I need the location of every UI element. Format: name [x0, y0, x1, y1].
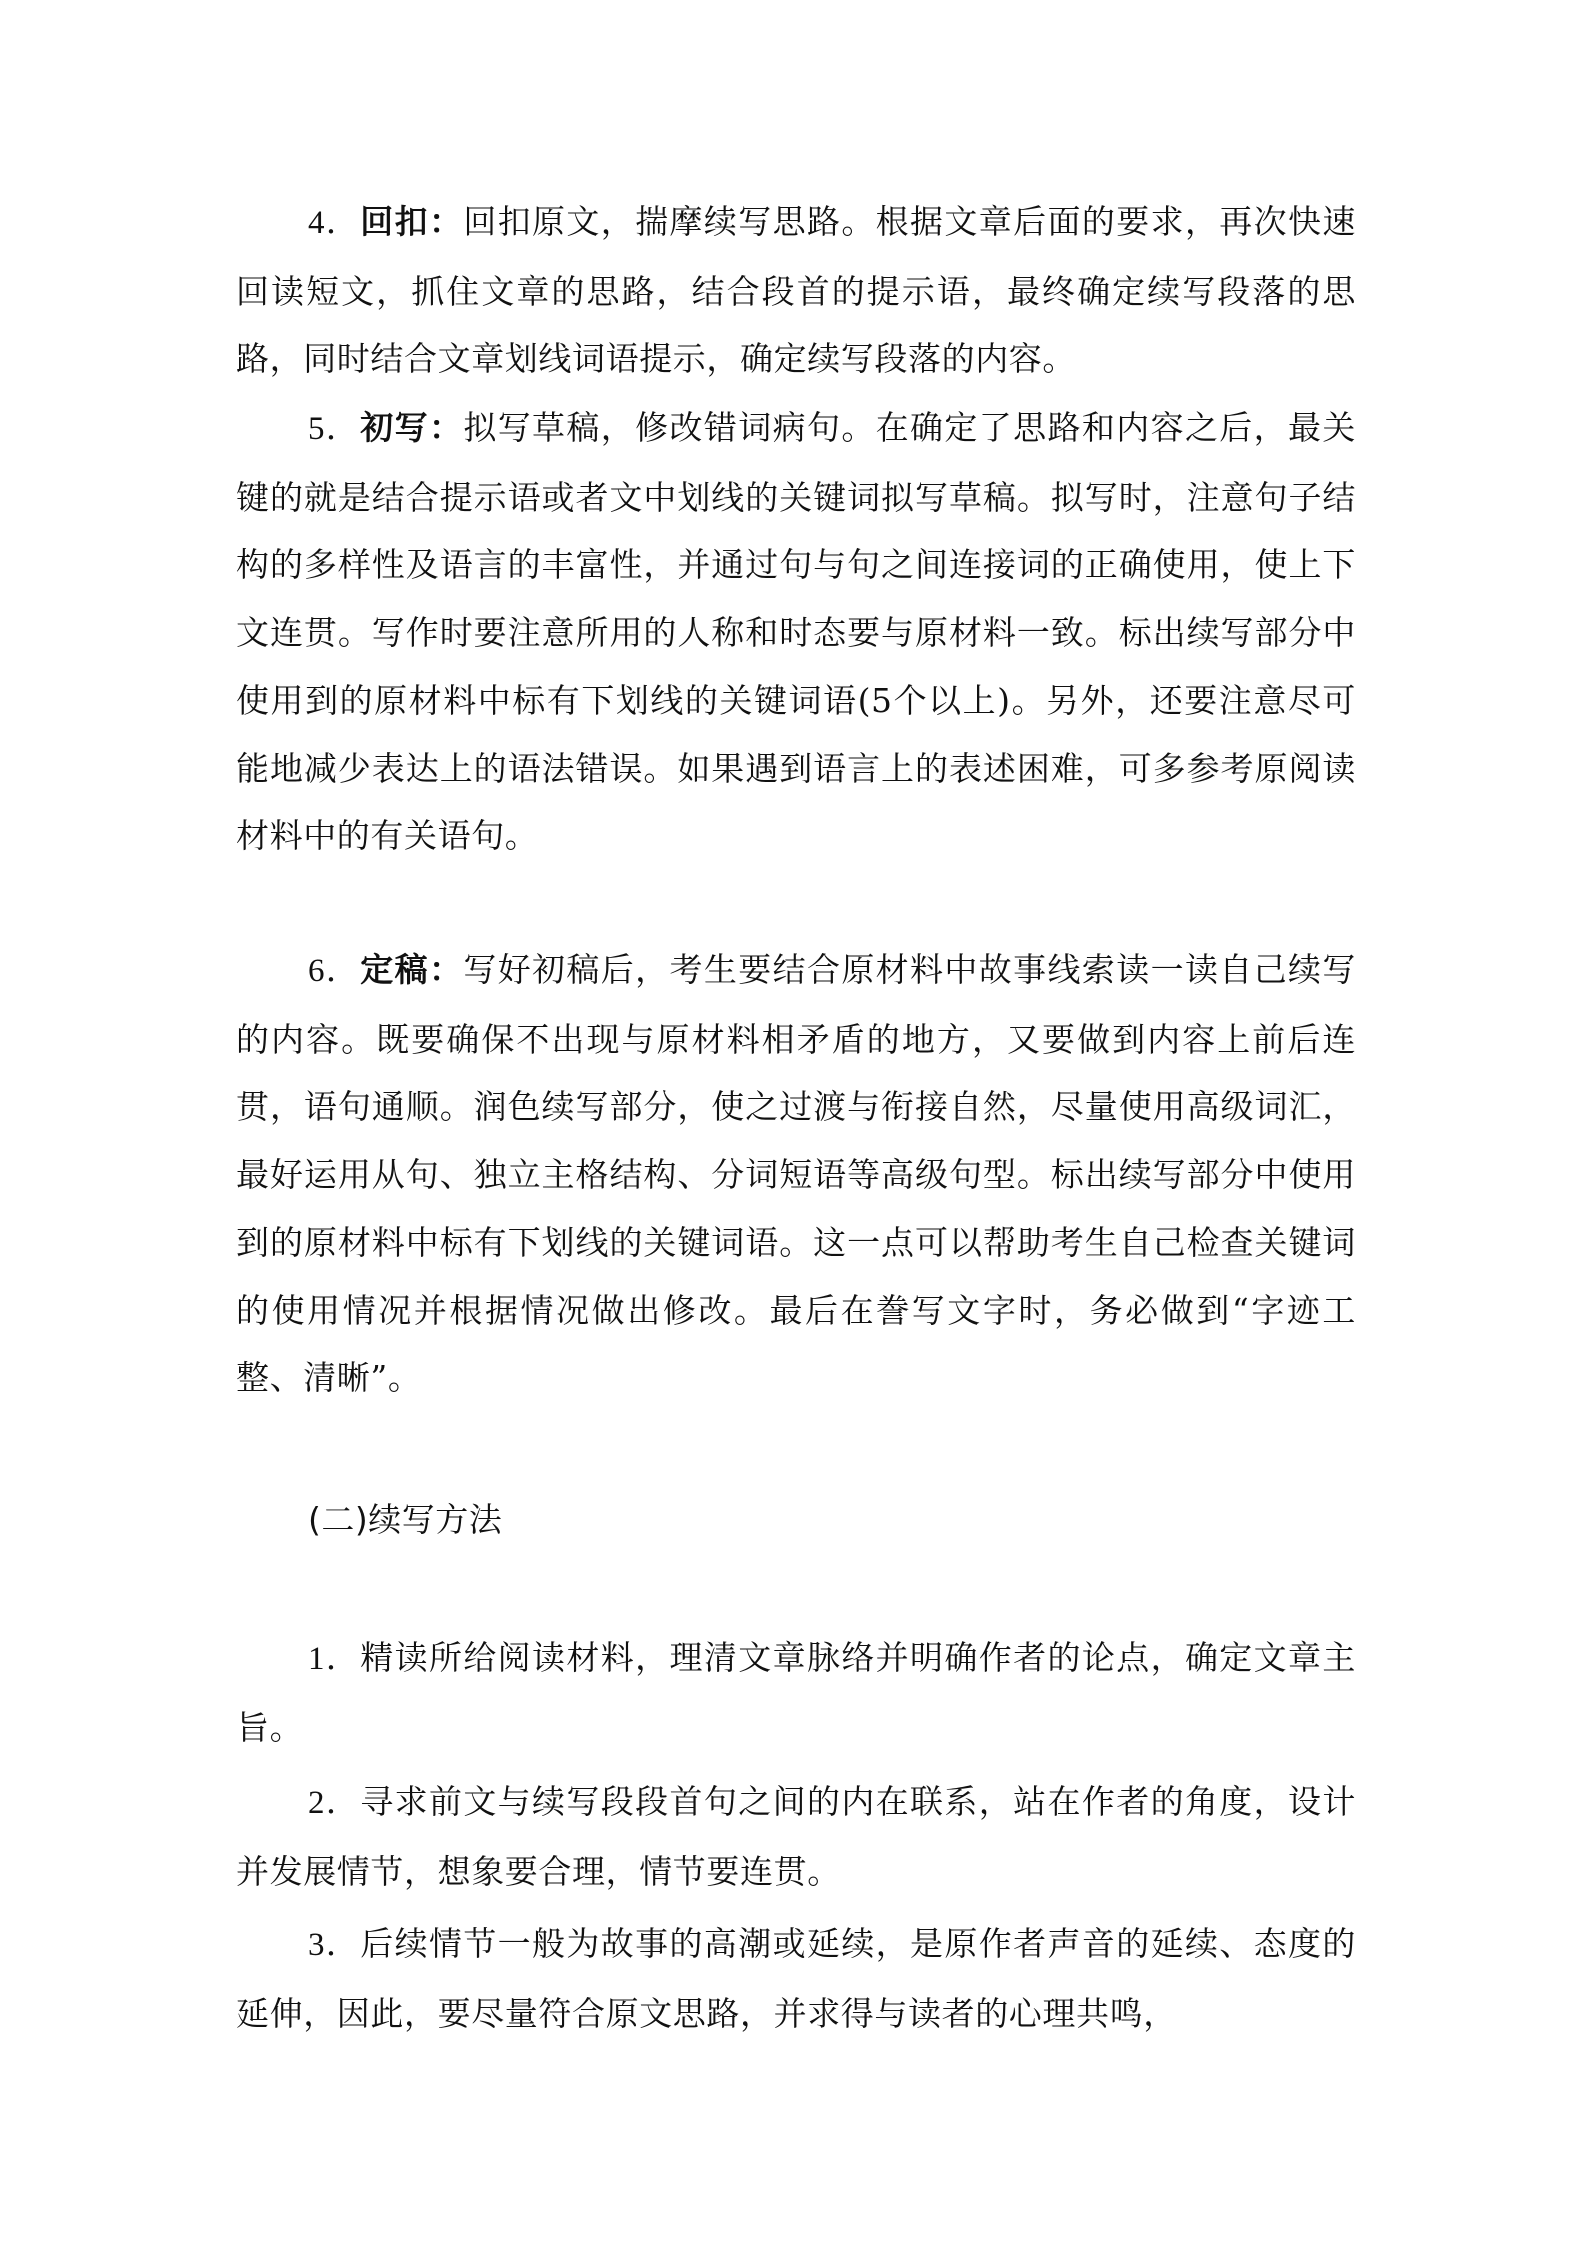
- step-text: 写好初稿后，考生要结合原材料中故事线索读一读自己续写的内容。既要确保不出现与原材…: [236, 950, 1356, 1397]
- section-heading: (二)续写方法: [308, 1498, 502, 1542]
- step-number: 4．: [308, 205, 360, 241]
- step-number: 5．: [308, 411, 360, 447]
- method-text: 精读所给阅读材料，理清文章脉络并明确作者的论点，确定文章主旨。: [236, 1638, 1356, 1747]
- method-text: 寻求前文与续写段段首句之间的内在联系，站在作者的角度，设计并发展情节，想象要合理…: [236, 1782, 1356, 1891]
- method-number: 2．: [308, 1785, 360, 1821]
- step-6-paragraph: 6．定稿：写好初稿后，考生要结合原材料中故事线索读一读自己续写的内容。既要确保不…: [236, 936, 1356, 1412]
- method-number: 1．: [308, 1641, 360, 1677]
- step-label: 定稿：: [360, 950, 463, 989]
- method-text: 后续情节一般为故事的高潮或延续，是原作者声音的延续、态度的延伸，因此，要尽量符合…: [236, 1924, 1356, 2033]
- method-1-paragraph: 1．精读所给阅读材料，理清文章脉络并明确作者的论点，确定文章主旨。: [236, 1624, 1356, 1761]
- step-label: 回扣：: [360, 202, 463, 241]
- method-3-paragraph: 3．后续情节一般为故事的高潮或延续，是原作者声音的延续、态度的延伸，因此，要尽量…: [236, 1910, 1356, 2047]
- step-number: 6．: [308, 953, 360, 989]
- step-4-paragraph: 4．回扣：回扣原文，揣摩续写思路。根据文章后面的要求，再次快速回读短文，抓住文章…: [236, 188, 1356, 393]
- method-2-paragraph: 2．寻求前文与续写段段首句之间的内在联系，站在作者的角度，设计并发展情节，想象要…: [236, 1768, 1356, 1905]
- method-number: 3．: [308, 1927, 360, 1963]
- step-text: 拟写草稿，修改错词病句。在确定了思路和内容之后，最关键的就是结合提示语或者文中划…: [236, 408, 1356, 855]
- step-5-paragraph: 5．初写：拟写草稿，修改错词病句。在确定了思路和内容之后，最关键的就是结合提示语…: [236, 394, 1356, 870]
- step-label: 初写：: [360, 408, 463, 447]
